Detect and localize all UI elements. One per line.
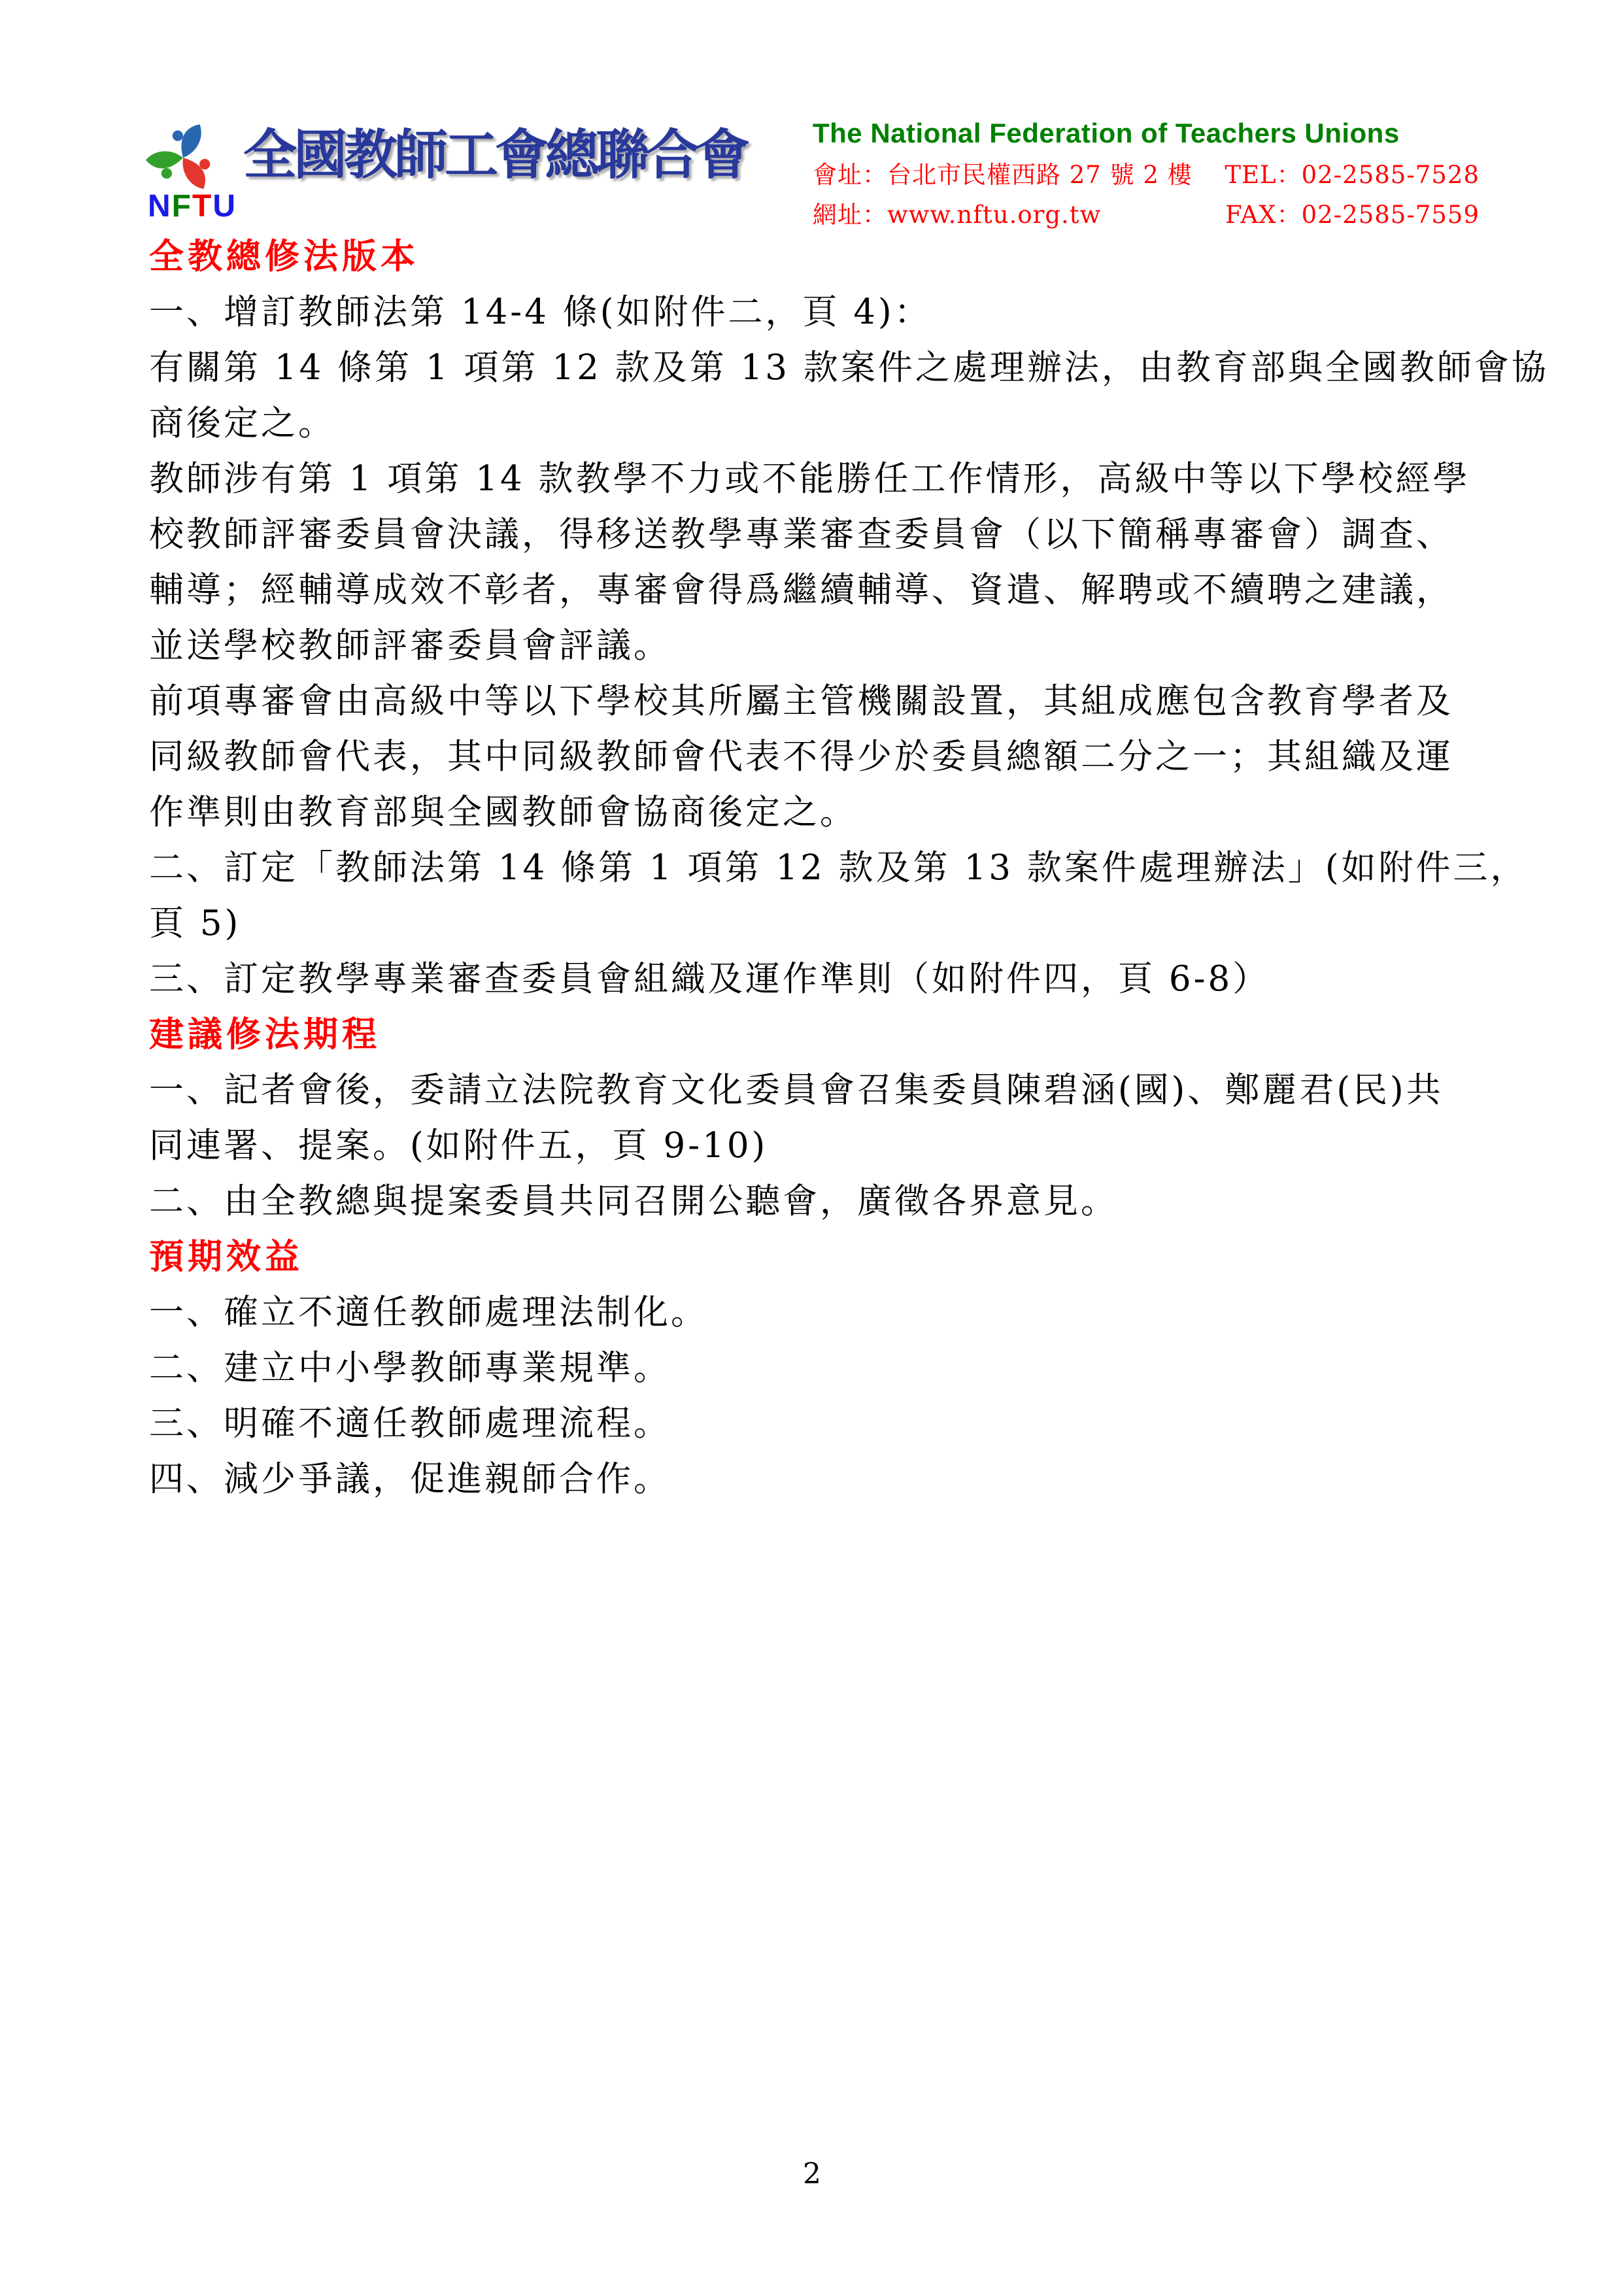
body-line: 校教師評審委員會決議，得移送教學專業審查委員會（以下簡稱專審會）調查、 xyxy=(149,507,1476,562)
body-line: 同連署、提案。(如附件五，頁 9-10) xyxy=(149,1118,1476,1173)
nftu-letter-n: N xyxy=(148,189,172,224)
section-heading-schedule: 建議修法期程 xyxy=(149,1007,1476,1062)
body-line: 教師涉有第 1 項第 14 款教學不力或不能勝任工作情形，高級中等以下學校經學 xyxy=(149,451,1476,507)
body-line: 作準則由教育部與全國教師會協商後定之。 xyxy=(149,784,1476,840)
body-line: 前項專審會由高級中等以下學校其所屬主管機關設置，其組成應包含教育學者及 xyxy=(149,673,1476,729)
body-line: 有關第 14 條第 1 項第 12 款及第 13 款案件之處理辦法，由教育部與全… xyxy=(149,340,1476,396)
body-line: 頁 5) xyxy=(149,896,1476,951)
contact-row-2: 網址：www.nftu.org.tw FAX：02-2585-7559 xyxy=(813,203,1480,227)
address-text: 會址：台北市民權西路 27 號 2 樓 xyxy=(813,163,1193,187)
body-line: 三、明確不適任教師處理流程。 xyxy=(149,1396,1476,1451)
contact-row-1: 會址：台北市民權西路 27 號 2 樓 TEL：02-2585-7528 xyxy=(813,163,1480,187)
nftu-letter-u: U xyxy=(212,189,237,224)
section-heading-expected-benefits: 預期效益 xyxy=(149,1229,1476,1285)
body-line: 四、減少爭議，促進親師合作。 xyxy=(149,1451,1476,1507)
body-line: 二、建立中小學教師專業規準。 xyxy=(149,1340,1476,1396)
document-body: 全教總修法版本 一、增訂教師法第 14-4 條(如附件二，頁 4)： 有關第 1… xyxy=(149,229,1476,1507)
body-line: 一、記者會後，委請立法院教育文化委員會召集委員陳碧涵(國)、鄭麗君(民)共 xyxy=(149,1062,1476,1118)
nftu-letter-f: F xyxy=(172,189,192,224)
org-name-chinese: 全國教師工會總聯合會 xyxy=(243,122,747,189)
nftu-logo-icon xyxy=(145,118,221,195)
body-line: 三、訂定教學專業審查委員會組織及運作準則（如附件四，頁 6-8） xyxy=(149,951,1476,1007)
body-line: 二、訂定「教師法第 14 條第 1 項第 12 款及第 13 款案件處理辦法」(… xyxy=(149,840,1476,896)
body-line: 同級教師會代表，其中同級教師會代表不得少於委員總額二分之一；其組織及運 xyxy=(149,729,1476,784)
nftu-letter-t: T xyxy=(192,189,212,224)
fax-text: FAX：02-2585-7559 xyxy=(1225,203,1480,227)
body-line: 一、確立不適任教師處理法制化。 xyxy=(149,1285,1476,1340)
org-name-english: The National Federation of Teachers Unio… xyxy=(813,120,1480,147)
body-line: 一、增訂教師法第 14-4 條(如附件二，頁 4)： xyxy=(149,284,1476,340)
body-line: 二、由全教總與提案委員共同召開公聽會，廣徵各界意見。 xyxy=(149,1173,1476,1229)
contact-block: The National Federation of Teachers Unio… xyxy=(813,120,1480,227)
body-line: 並送學校教師評審委員會評議。 xyxy=(149,618,1476,673)
body-line: 輔導；經輔導成效不彰者，專審會得爲繼續輔導、資遣、解聘或不續聘之建議， xyxy=(149,562,1476,618)
nftu-acronym: NFTU xyxy=(148,191,237,222)
document-page: NFTU 全國教師工會總聯合會 The National Federation … xyxy=(0,0,1624,2294)
body-line: 商後定之。 xyxy=(149,396,1476,451)
page-number: 2 xyxy=(0,2157,1624,2191)
website-text: 網址：www.nftu.org.tw xyxy=(813,203,1101,227)
tel-text: TEL：02-2585-7528 xyxy=(1225,163,1480,187)
section-heading-revision-version: 全教總修法版本 xyxy=(149,229,1476,284)
